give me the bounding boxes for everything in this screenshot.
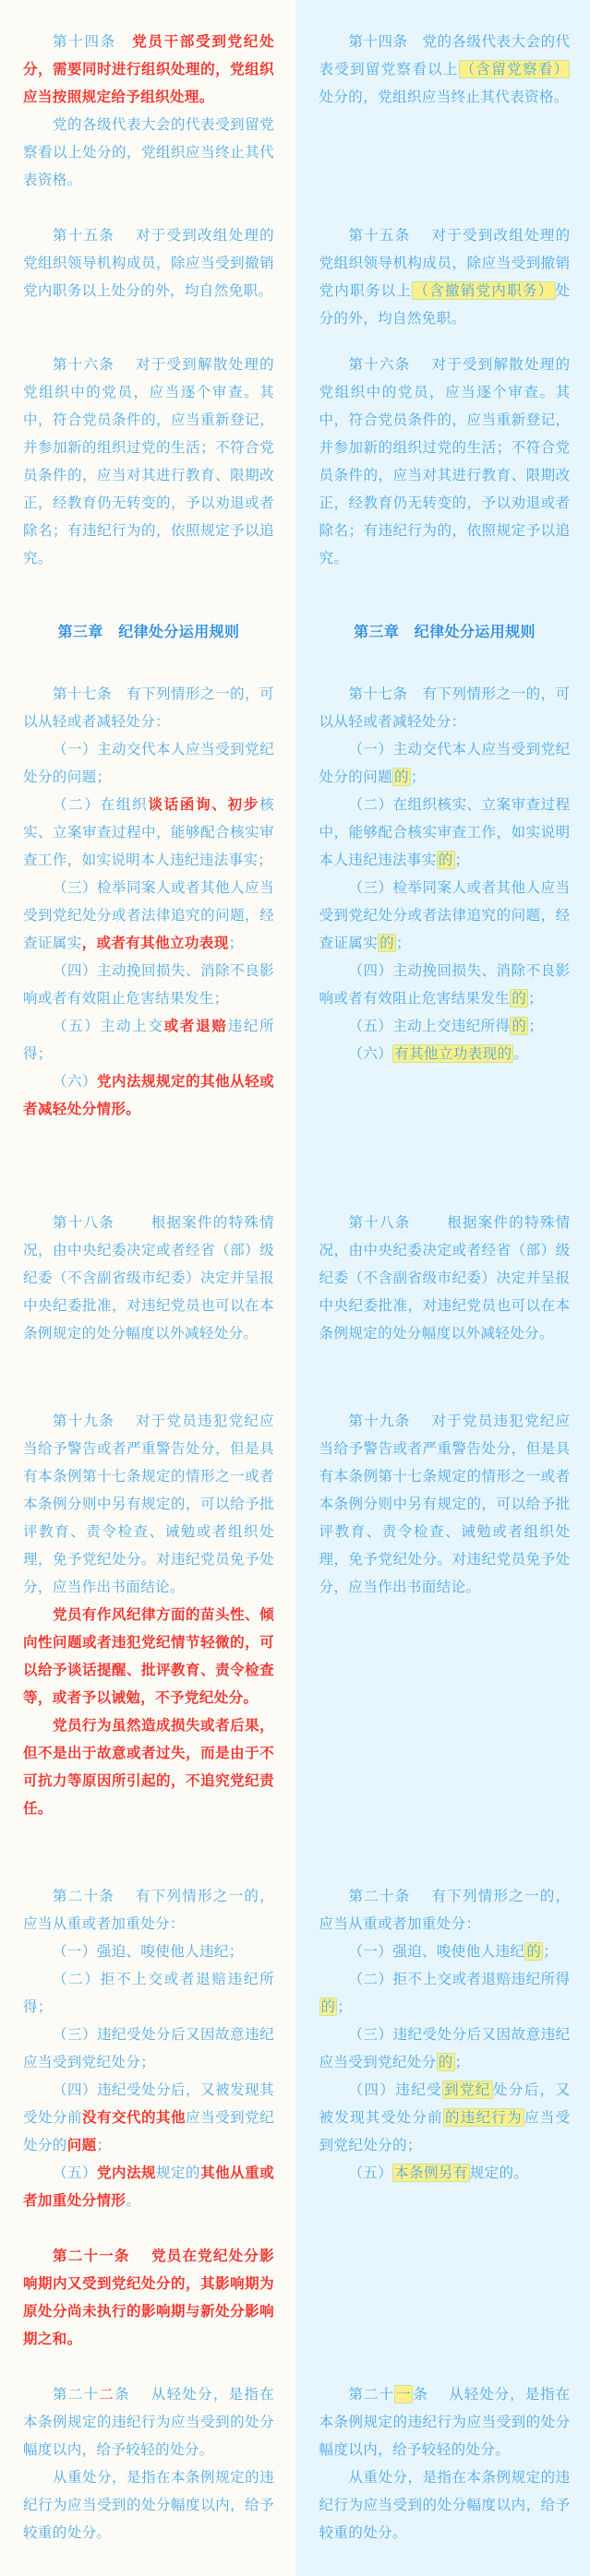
text-segment: （四）主动挽回损失、消除不良影响或者有效阻止危害结果发生； [23, 962, 274, 1007]
paragraph: 党员行为虽然造成损失或者后果，但不是出于故意或者过失，而是由于不可抗力等原因所引… [23, 1711, 274, 1822]
text-segment: （三）检举同案人或者其他人应当受到党纪处分或者法律追究的问题，经查证属实 [319, 879, 571, 951]
article-block: 第十九条 对于党员违犯党纪应当给予警告或者严重警告处分，但是具有本条例第十七条规… [319, 1407, 571, 1601]
paragraph: （一）强迫、唆使他人违纪； [23, 1938, 274, 1965]
article-block: 第十八条 根据案件的特殊情况，由中央纪委决定或者经省（部）级纪委（不含副省级市纪… [319, 1209, 571, 1347]
article-block: 第十五条 对于受到改组处理的党组织领导机构成员，除应当受到撤销党内职务以上（含撤… [319, 221, 571, 332]
paragraph: （四）主动挽回损失、消除不良影响或者有效阻止危害结果发生的； [319, 957, 571, 1012]
highlighted-change: 一 [394, 2385, 413, 2403]
emphasized-change: 党内法规 [97, 2165, 156, 2181]
article-block: 第十六条 对于受到解散处理的党组织中的党员，应当逐个审查。其中，符合党员条件的，… [23, 351, 274, 572]
text-segment: 第十四条 [53, 33, 132, 50]
text-segment: （五） [349, 2165, 393, 2181]
emphasized-change: 二 [99, 2386, 114, 2403]
text-segment: 从重处分，是指在本条例规定的违纪行为应当受到的处分幅度以内，给予较重的处分。 [23, 2469, 274, 2541]
paragraph: （三）违纪受处分后又因故意违纪应当受到党纪处分的； [319, 2021, 571, 2076]
article-block: 第二十条 有下列情形之一的，应当从重或者加重处分：（一）强迫、唆使他人违纪；（二… [23, 1882, 274, 2214]
old-version-column: 第十四条 党员干部受到党纪处分，需要同时进行组织处理的，党组织应当按照规定给予组… [0, 0, 295, 2576]
paragraph: （一）主动交代本人应当受到党纪处分的问题； [23, 735, 274, 791]
paragraph: 第二十一条 党员在党纪处分影响期内又受到党纪处分的，其影响期为原处分尚未执行的影… [23, 2242, 274, 2353]
text-segment: （二）在组织 [53, 796, 148, 813]
emphasized-change: 党员行为虽然造成损失或者后果，但不是出于故意或者过失，而是由于不可抗力等原因所引… [23, 1717, 274, 1817]
paragraph: 第二十二条 从轻处分，是指在本条例规定的违纪行为应当受到的处分幅度以内，给予较轻… [23, 2380, 274, 2463]
paragraph: （五）党内法规规定的其他从重或者加重处分情形。 [23, 2159, 274, 2214]
text-segment: （一）主动交代本人应当受到党纪处分的问题； [23, 741, 274, 785]
article-block: 第十四条 党员干部受到党纪处分，需要同时进行组织处理的，党组织应当按照规定给予组… [23, 28, 274, 194]
paragraph: 第十五条 对于受到改组处理的党组织领导机构成员，除应当受到撤销党内职务以上（含撤… [319, 221, 571, 332]
article-block: 第二十二条 从轻处分，是指在本条例规定的违纪行为应当受到的处分幅度以内，给予较轻… [23, 2380, 274, 2546]
paragraph: 第十八条 根据案件的特殊情况，由中央纪委决定或者经省（部）级纪委（不含副省级市纪… [23, 1209, 274, 1347]
chapter-heading: 第三章 纪律处分运用规则 [319, 618, 571, 646]
highlighted-change: 的 [392, 768, 411, 786]
text-segment: 第十八条 根据案件的特殊情况，由中央纪委决定或者经省（部）级纪委（不含副省级市纪… [319, 1214, 571, 1342]
text-segment: （五）主动上交 [53, 1018, 164, 1034]
text-segment: ； [528, 1018, 543, 1034]
text-segment: 第十六条 对于受到解散处理的党组织中的党员，应当逐个审查。其中，符合党员条件的，… [319, 356, 571, 566]
paragraph: （三）违纪受处分后又因故意违纪应当受到党纪处分； [23, 2021, 274, 2076]
text-segment: 处分的，党组织应当终止其代表资格。 [319, 89, 569, 105]
text-segment: ； [97, 2137, 112, 2153]
text-segment: （五） [53, 2165, 97, 2181]
article-block: 第十七条 有下列情形之一的，可以从轻或者减轻处分：（一）主动交代本人应当受到党纪… [319, 680, 571, 1067]
text-segment: 第十七条 有下列情形之一的，可以从轻或者减轻处分： [319, 686, 571, 730]
article-block: 第十七条 有下列情形之一的，可以从轻或者减轻处分：（一）主动交代本人应当受到党纪… [23, 680, 274, 1123]
paragraph: 第十七条 有下列情形之一的，可以从轻或者减轻处分： [319, 680, 571, 735]
paragraph: 党员有作风纪律方面的苗头性、倾向性问题或者违犯党纪情节轻微的，可以给予谈话提醒、… [23, 1601, 274, 1711]
highlighted-change: 的 [524, 1942, 543, 1961]
paragraph: 党的各级代表大会的代表受到留党察看以上处分的，党组织应当终止其代表资格。 [23, 111, 274, 194]
paragraph: 第十六条 对于受到解散处理的党组织中的党员，应当逐个审查。其中，符合党员条件的，… [319, 351, 571, 572]
highlighted-change: 的 [437, 2053, 455, 2071]
text-segment: （一）强迫、唆使他人违纪； [53, 1943, 244, 1960]
highlighted-change: 有其他立功表现的 [392, 1044, 513, 1063]
paragraph: （三）检举同案人或者其他人应当受到党纪处分或者法律追究的问题，经查证属实的； [319, 874, 571, 957]
text-segment: ； [455, 2054, 470, 2070]
text-segment: （五）主动上交违纪所得 [349, 1018, 511, 1034]
text-segment: （一）主动交代本人应当受到党纪处分的问题 [319, 741, 571, 785]
paragraph: （六）党内法规规定的其他从轻或者减轻处分情形。 [23, 1067, 274, 1123]
highlighted-change: 本条例另有 [392, 2164, 470, 2182]
text-segment: 第十九条 对于党员违犯党纪应当给予警告或者严重警告处分，但是具有本条例第十七条规… [319, 1413, 571, 1595]
text-segment: （六） [53, 1073, 97, 1090]
paragraph: （六）有其他立功表现的。 [319, 1040, 571, 1067]
paragraph: 第二十条 有下列情形之一的，应当从重或者加重处分： [319, 1882, 571, 1938]
highlighted-change: 的违纪行为 [443, 2108, 524, 2127]
paragraph: （五）主动上交或者退赔违纪所得； [23, 1012, 274, 1067]
emphasized-change: 谈话函询、初步 [148, 796, 259, 813]
highlighted-change: 的 [437, 851, 455, 869]
paragraph: （四）主动挽回损失、消除不良影响或者有效阻止危害结果发生； [23, 957, 274, 1012]
text-segment: ； [543, 1943, 558, 1960]
paragraph: （二）拒不上交或者退赔违纪所得； [23, 1965, 274, 2021]
paragraph: 第十八条 根据案件的特殊情况，由中央纪委决定或者经省（部）级纪委（不含副省级市纪… [319, 1209, 571, 1347]
article-block: 第十八条 根据案件的特殊情况，由中央纪委决定或者经省（部）级纪委（不含副省级市纪… [23, 1209, 274, 1347]
highlighted-change: 到党纪 [442, 2081, 493, 2099]
highlighted-change: 的 [319, 1998, 338, 2016]
paragraph: 第十九条 对于党员违犯党纪应当给予警告或者严重警告处分，但是具有本条例第十七条规… [23, 1407, 274, 1601]
text-segment: 规定的。 [470, 2165, 529, 2181]
paragraph: （四）违纪受处分后，又被发现其受处分前没有交代的其他应当受到党纪处分的问题； [23, 2076, 274, 2159]
paragraph: 从重处分，是指在本条例规定的违纪行为应当受到的处分幅度以内，给予较重的处分。 [23, 2463, 274, 2546]
paragraph: （一）主动交代本人应当受到党纪处分的问题的； [319, 735, 571, 791]
text-segment: 。 [126, 2192, 140, 2209]
text-segment: 从重处分，是指在本条例规定的违纪行为应当受到的处分幅度以内，给予较重的处分。 [319, 2469, 571, 2541]
paragraph: 第十九条 对于党员违犯党纪应当给予警告或者严重警告处分，但是具有本条例第十七条规… [319, 1407, 571, 1601]
paragraph: 第十四条 党员干部受到党纪处分，需要同时进行组织处理的，党组织应当按照规定给予组… [23, 28, 274, 111]
paragraph: （三）检举同案人或者其他人应当受到党纪处分或者法律追究的问题，经查证属实，或者有… [23, 874, 274, 957]
text-segment: 规定的 [156, 2165, 200, 2181]
article-block: 第十四条 党的各级代表大会的代表受到留党察看以上（含留党察看）处分的，党组织应当… [319, 28, 571, 111]
emphasized-change: 没有交代的其他 [82, 2109, 186, 2126]
text-segment: 第三章 纪律处分运用规则 [58, 623, 240, 640]
highlighted-change: 的 [510, 989, 528, 1008]
text-segment: 党的各级代表大会的代表受到留党察看以上处分的，党组织应当终止其代表资格。 [23, 116, 274, 188]
article-block: 第二十一条 从轻处分，是指在本条例规定的违纪行为应当受到的处分幅度以内，给予较轻… [319, 2380, 571, 2546]
text-segment: （三）违纪受处分后又因故意违纪应当受到党纪处分； [23, 2026, 274, 2070]
emphasized-change: 问题 [67, 2137, 97, 2153]
text-segment: ； [528, 990, 543, 1007]
text-segment: ； [337, 1998, 352, 2015]
text-segment: 第二十 [349, 2386, 394, 2403]
paragraph: 第十六条 对于受到解散处理的党组织中的党员，应当逐个审查。其中，符合党员条件的，… [23, 351, 274, 572]
chapter-title: 第三章 纪律处分运用规则 [23, 618, 274, 646]
paragraph: 从重处分，是指在本条例规定的违纪行为应当受到的处分幅度以内，给予较重的处分。 [319, 2463, 571, 2546]
article-block: 第二十一条 党员在党纪处分影响期内又受到党纪处分的，其影响期为原处分尚未执行的影… [23, 2242, 274, 2353]
paragraph: 第二十条 有下列情形之一的，应当从重或者加重处分： [23, 1882, 274, 1938]
text-segment: （二）拒不上交或者退赔违纪所得； [23, 1971, 274, 2015]
article-block: 第十五条 对于受到改组处理的党组织领导机构成员，除应当受到撤销党内职务以上处分的… [23, 221, 274, 304]
article-block: 第十六条 对于受到解散处理的党组织中的党员，应当逐个审查。其中，符合党员条件的，… [319, 351, 571, 572]
text-segment: ； [229, 935, 244, 951]
article-block: 第十九条 对于党员违犯党纪应当给予警告或者严重警告处分，但是具有本条例第十七条规… [23, 1407, 274, 1822]
article-block: 第二十条 有下列情形之一的，应当从重或者加重处分：（一）强迫、唆使他人违纪的；（… [319, 1882, 571, 2187]
chapter-heading: 第三章 纪律处分运用规则 [23, 618, 274, 646]
emphasized-change: ，或者有其他立功表现 [82, 935, 229, 951]
text-segment: 第十七条 有下列情形之一的，可以从轻或者减轻处分： [23, 686, 274, 730]
text-segment: 第十九条 对于党员违犯党纪应当给予警告或者严重警告处分，但是具有本条例第十七条规… [23, 1413, 274, 1595]
text-segment: 第十六条 对于受到解散处理的党组织中的党员，应当逐个审查。其中，符合党员条件的，… [23, 356, 274, 566]
emphasized-change: 第二十一条 党员在党纪处分影响期内又受到党纪处分的，其影响期为原处分尚未执行的影… [23, 2248, 274, 2347]
paragraph: （四）违纪受到党纪处分后，又被发现其受处分前的违纪行为应当受到党纪处分的； [319, 2076, 571, 2159]
text-segment: ； [396, 935, 411, 951]
comparison-page: 第十四条 党员干部受到党纪处分，需要同时进行组织处理的，党组织应当按照规定给予组… [0, 0, 590, 2576]
text-segment: 第二十 [53, 2386, 99, 2403]
new-version-column: 第十四条 党的各级代表大会的代表受到留党察看以上（含留党察看）处分的，党组织应当… [295, 0, 590, 2576]
highlighted-change: （含留党察看） [459, 60, 571, 78]
text-segment: （二）拒不上交或者退赔违纪所得 [349, 1971, 571, 1987]
text-segment: 第二十条 有下列情形之一的，应当从重或者加重处分： [319, 1888, 571, 1932]
highlighted-change: （含撤销党内职务） [412, 281, 555, 300]
paragraph: 第十五条 对于受到改组处理的党组织领导机构成员，除应当受到撤销党内职务以上处分的… [23, 221, 274, 304]
paragraph: 第十七条 有下列情形之一的，可以从轻或者减轻处分： [23, 680, 274, 735]
chapter-title: 第三章 纪律处分运用规则 [319, 618, 571, 646]
text-segment: （六） [349, 1045, 393, 1062]
paragraph: （二）拒不上交或者退赔违纪所得的； [319, 1965, 571, 2021]
emphasized-change: 或者退赔 [164, 1018, 228, 1034]
paragraph: （五）主动上交违纪所得的； [319, 1012, 571, 1040]
text-segment: ； [455, 852, 470, 868]
text-segment: ； [411, 769, 426, 785]
text-segment: 第十八条 根据案件的特殊情况，由中央纪委决定或者经省（部）级纪委（不含副省级市纪… [23, 1214, 274, 1342]
text-segment: 。 [513, 1045, 528, 1062]
text-segment: 第三章 纪律处分运用规则 [354, 623, 536, 640]
paragraph: （二）在组织谈话函询、初步核实、立案审查过程中，能够配合核实审查工作，如实说明本… [23, 791, 274, 874]
paragraph: （五）本条例另有规定的。 [319, 2159, 571, 2187]
text-segment: （四）违纪受 [349, 2081, 443, 2098]
paragraph: 第二十一条 从轻处分，是指在本条例规定的违纪行为应当受到的处分幅度以内，给予较轻… [319, 2380, 571, 2463]
highlighted-change: 的 [510, 1017, 528, 1035]
paragraph: （二）在组织核实、立案审查过程中，能够配合核实审查工作，如实说明本人违纪违法事实… [319, 791, 571, 874]
emphasized-change: 党员有作风纪律方面的苗头性、倾向性问题或者违犯党纪情节轻微的，可以给予谈话提醒、… [23, 1606, 274, 1706]
text-segment: （一）强迫、唆使他人违纪 [349, 1943, 525, 1960]
paragraph: 第十四条 党的各级代表大会的代表受到留党察看以上（含留党察看）处分的，党组织应当… [319, 28, 571, 111]
text-segment: 第十五条 对于受到改组处理的党组织领导机构成员，除应当受到撤销党内职务以上处分的… [23, 227, 274, 299]
highlighted-change: 的 [378, 934, 396, 952]
text-segment: 第二十条 有下列情形之一的，应当从重或者加重处分： [23, 1888, 274, 1932]
paragraph: （一）强迫、唆使他人违纪的； [319, 1938, 571, 1965]
